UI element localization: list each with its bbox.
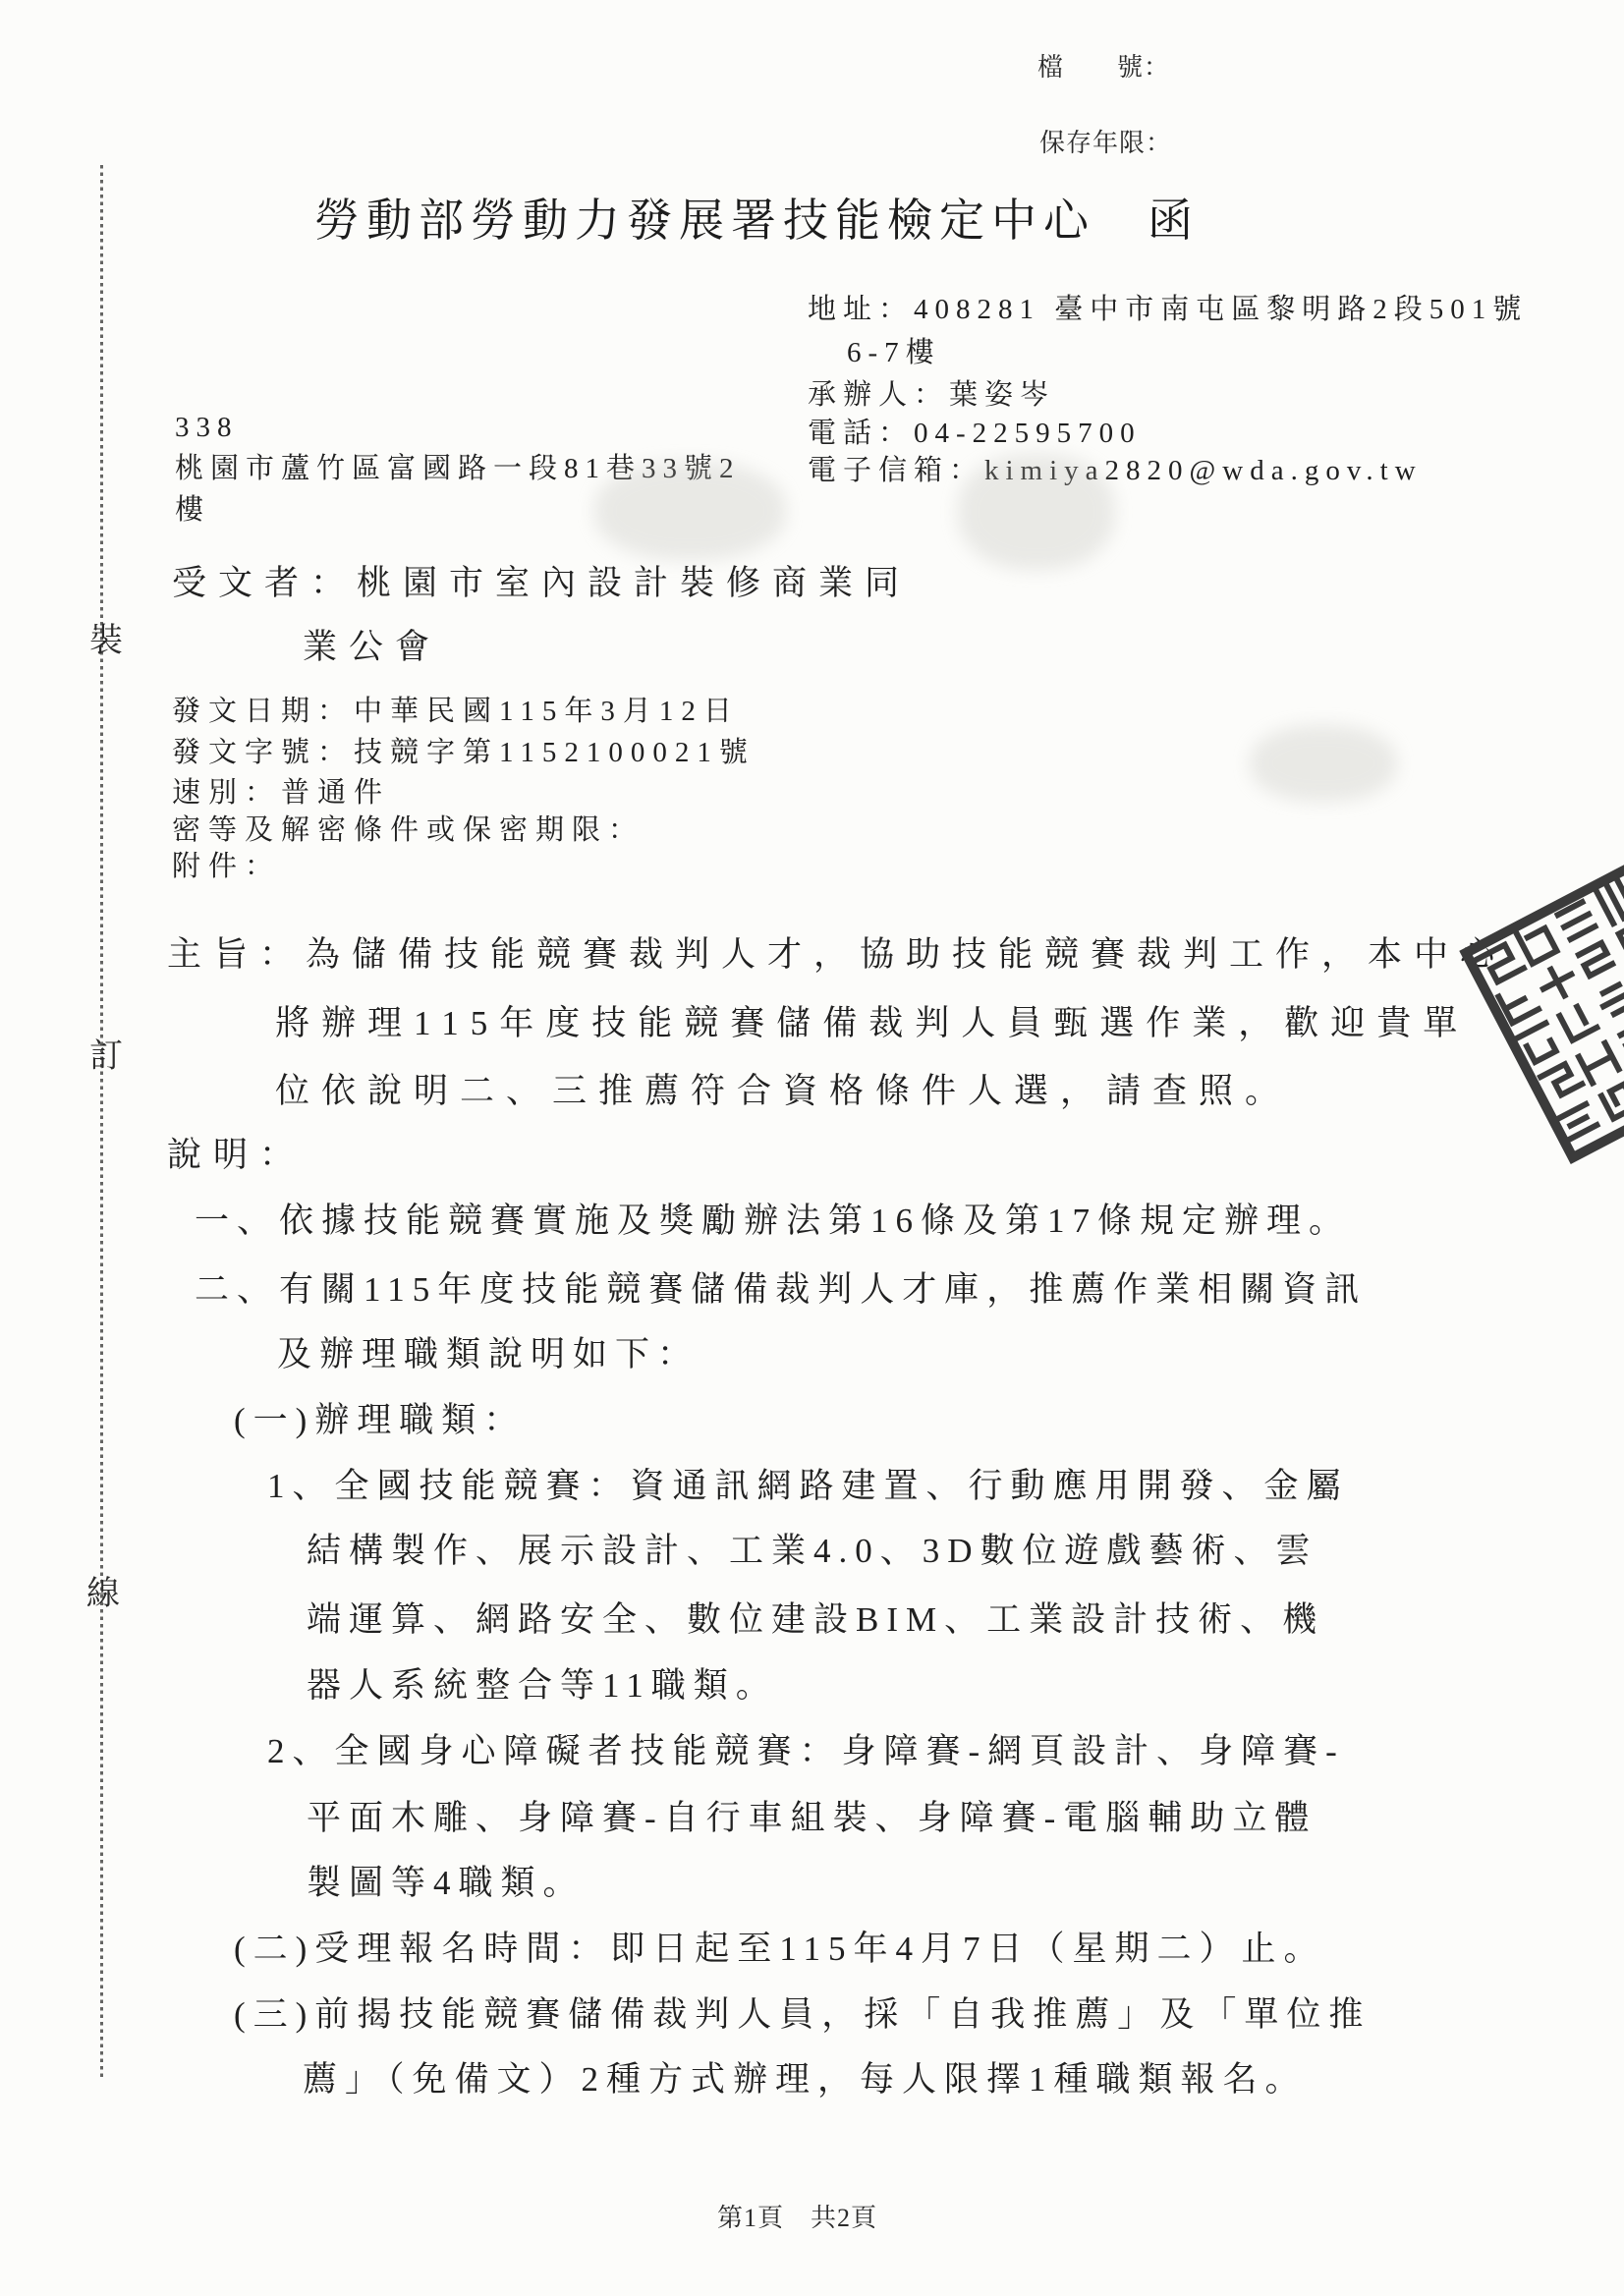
subject-line2: 將辦理115年度技能競賽儲備裁判人員甄選作業，歡迎貴單 (275, 1003, 1469, 1043)
subject-line3: 位依說明二、三推薦符合資格條件人選，請查照。 (275, 1071, 1291, 1111)
category-2-l3: 製圖等4職類。 (307, 1863, 586, 1903)
explanation-item-2-l2: 及辦理職類說明如下： (277, 1334, 700, 1374)
recipient-address-line2: 樓 (175, 493, 210, 527)
addressee-line2: 業公會 (303, 627, 441, 667)
sub-item-2: (二)受理報名時間：即日起至115年4月7日（星期二）止。 (234, 1929, 1326, 1969)
sub-item-3-l1: (三)前揭技能競賽儲備裁判人員，採「自我推薦」及「單位推 (234, 1994, 1371, 2035)
explanation-item-2-l1: 二、有關115年度技能競賽儲備裁判人才庫，推薦作業相關資訊 (195, 1269, 1367, 1310)
seal-icon (1410, 830, 1624, 1189)
file-number-label: 檔 號： (1037, 53, 1170, 84)
attachment-line: 附件： (172, 850, 281, 883)
category-2-l1: 2、全國身心障礙者技能競賽：身障賽-網頁設計、身障賽- (267, 1731, 1345, 1771)
bleed-through-smudge (594, 462, 786, 560)
sender-address-line2: 6-7樓 (847, 336, 941, 369)
binding-dotted-line (100, 165, 103, 2079)
addressee-line1: 受文者：桃園市室內設計裝修商業同 (172, 563, 911, 603)
sender-address-line1: 地址：408281 臺中市南屯區黎明路2段501號 (808, 293, 1528, 326)
subject-text-1: 為儲備技能競賽裁判人才，協助技能競賽裁判工作，本中心 (306, 935, 1506, 974)
retention-period-label: 保存年限： (1039, 129, 1172, 159)
category-1-l4: 器人系統整合等11職類。 (307, 1665, 778, 1706)
binding-mark-ding: 訂 (89, 1037, 123, 1077)
bleed-through-smudge (958, 454, 1115, 570)
subject-line1: 主旨：為儲備技能競賽裁判人才，協助技能競賽裁判工作，本中心 (167, 934, 1506, 975)
sub-item-3-l2: 薦」（免備文）2種方式辦理，每人限擇1種職類報名。 (303, 2059, 1308, 2100)
scanned-official-letter-page: 檔 號： 保存年限： 勞動部勞動力發展署技能檢定中心 函 地址：408281 臺… (0, 0, 1624, 2296)
sender-contact-person: 承辦人：葉姿岑 (808, 378, 1055, 412)
sub-item-1-heading: (一)辦理職類： (234, 1400, 526, 1440)
category-1-l2: 結構製作、展示設計、工業4.0、3D數位遊戲藝術、雲 (307, 1531, 1318, 1571)
category-1-l3: 端運算、網路安全、數位建設BIM、工業設計技術、機 (307, 1599, 1324, 1640)
security-class-line: 密等及解密條件或保密期限： (172, 813, 644, 847)
category-1-l1: 1、全國技能競賽：資通訊網路建置、行動應用開發、金屬 (267, 1466, 1349, 1506)
category-2-l2: 平面木雕、身障賽-自行車組裝、身障賽-電腦輔助立體 (307, 1798, 1316, 1838)
subject-label: 主旨： (167, 935, 306, 974)
explanation-item-1: 一、依據技能競賽實施及獎勵辦法第16條及第17條規定辦理。 (195, 1201, 1351, 1241)
explanation-label: 說明： (167, 1135, 306, 1175)
binding-mark-xian: 線 (86, 1575, 120, 1614)
issue-date-line: 發文日期：中華民國115年3月12日 (172, 695, 740, 728)
official-seal-stamp (1410, 830, 1624, 1189)
page-number-footer: 第1頁 共2頁 (717, 2204, 877, 2234)
binding-mark-zhuang: 裝 (89, 622, 123, 661)
recipient-postal-code: 338 (175, 411, 239, 444)
doc-number-line: 發文字號：技競字第1152100021號 (172, 736, 756, 769)
bleed-through-smudge (1250, 725, 1397, 802)
sender-phone: 電話：04-22595700 (808, 417, 1142, 450)
sender-email: 電子信箱：kimiya2820@wda.gov.tw (808, 454, 1423, 487)
document-title: 勞動部勞動力發展署技能檢定中心 函 (314, 195, 1200, 248)
speed-class-line: 速別：普通件 (172, 776, 390, 810)
